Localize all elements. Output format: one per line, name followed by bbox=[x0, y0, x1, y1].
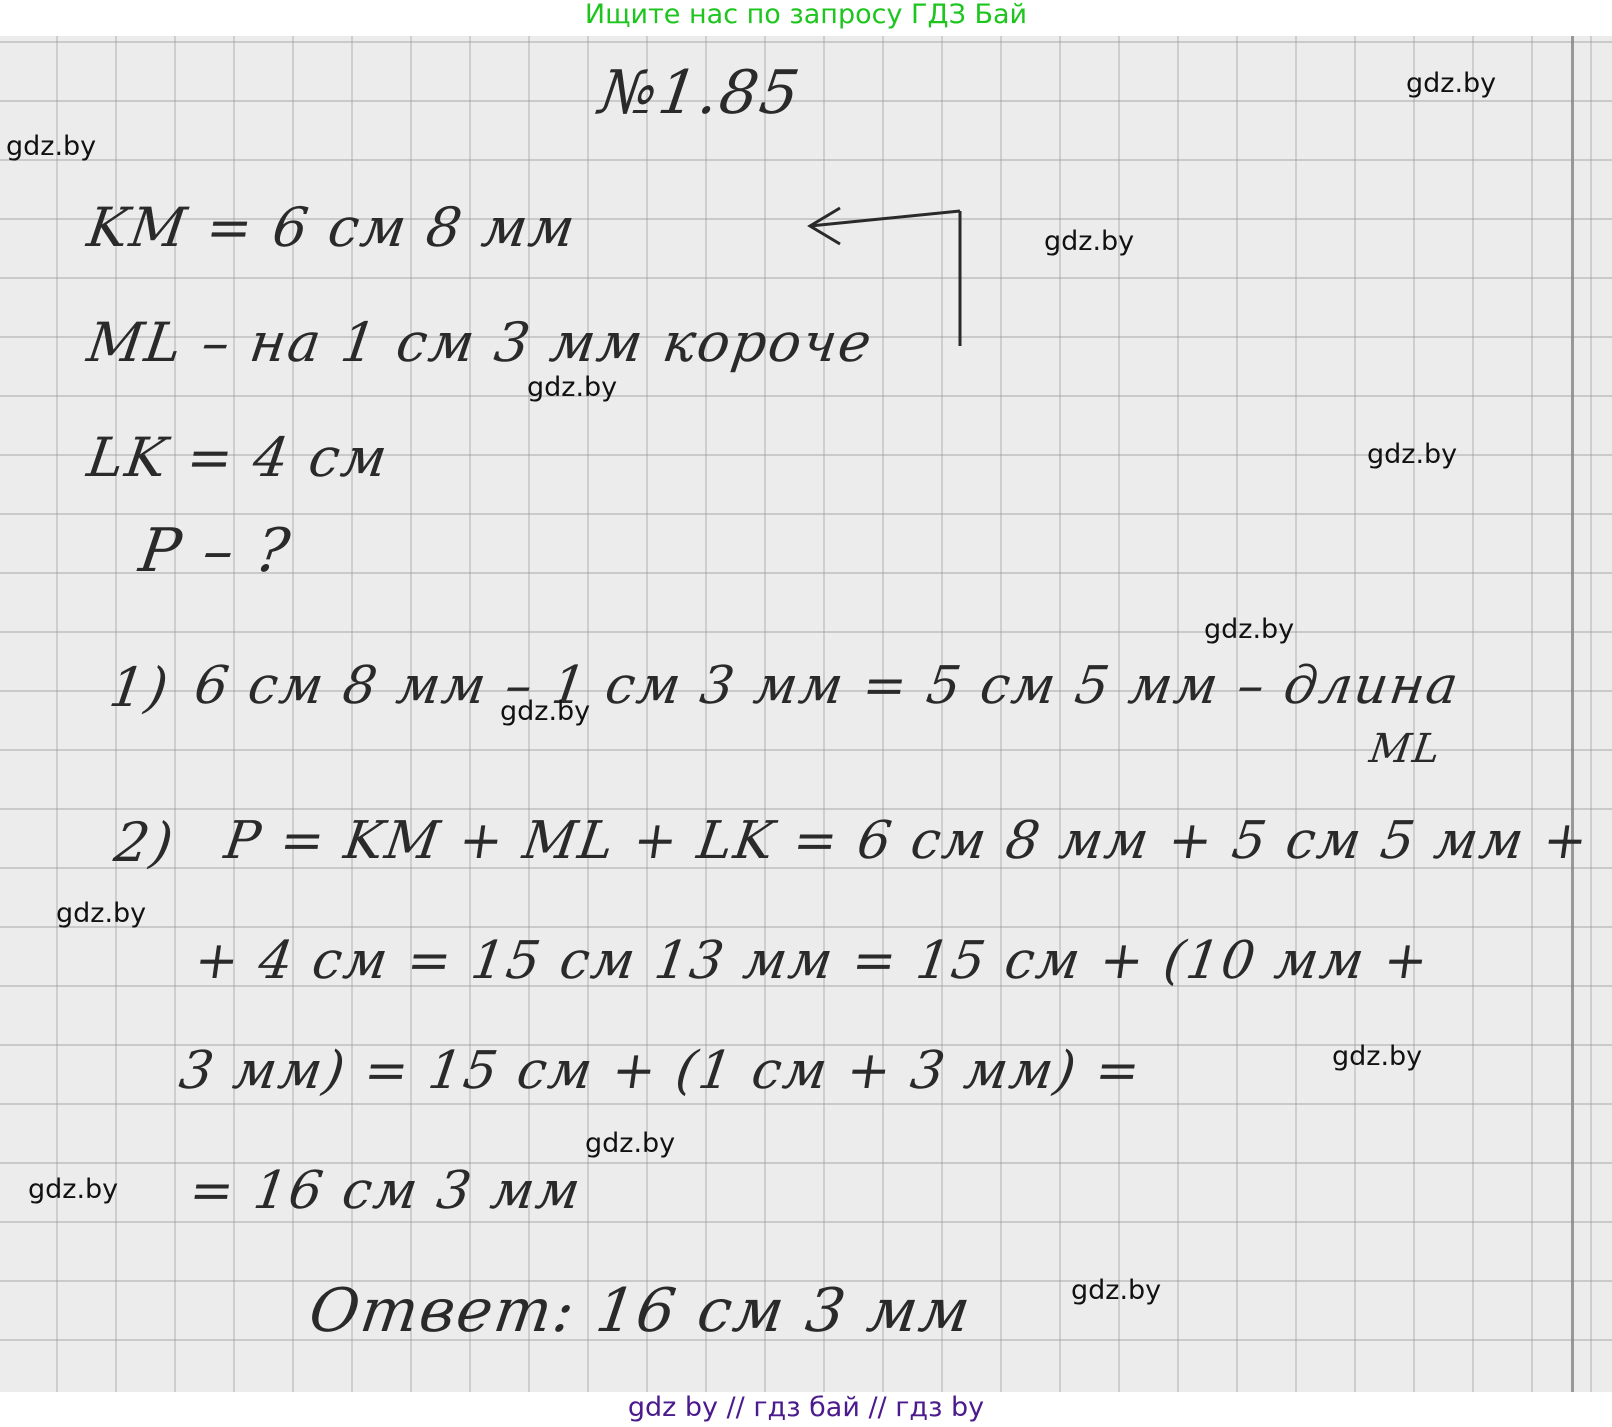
watermark: gdz.by bbox=[1044, 226, 1134, 257]
step-2-line-2: + 4 см = 15 см 13 мм = 15 см + (10 мм + bbox=[191, 931, 1434, 991]
watermark: gdz.by bbox=[500, 696, 590, 727]
step-2-line-1: P = KM + ML + LK = 6 см 8 мм + 5 см 5 мм… bbox=[221, 811, 1593, 871]
answer: Ответ: 16 см 3 мм bbox=[305, 1276, 976, 1346]
watermark: gdz.by bbox=[1332, 1041, 1422, 1072]
bottom-banner: gdz by // гдз бай // гдз by bbox=[0, 1392, 1612, 1427]
watermark: gdz.by bbox=[1367, 439, 1457, 470]
watermark: gdz.by bbox=[28, 1174, 118, 1205]
watermark: gdz.by bbox=[56, 898, 146, 929]
step-1-label: 1) bbox=[106, 656, 174, 719]
step-2-label: 2) bbox=[111, 811, 179, 874]
notebook-page: №1.85 KM = 6 см 8 мм ML – на 1 см 3 мм к… bbox=[0, 36, 1612, 1392]
watermark: gdz.by bbox=[6, 131, 96, 162]
given-lk: LK = 4 см bbox=[84, 426, 393, 489]
watermark: gdz.by bbox=[527, 372, 617, 403]
problem-number: №1.85 bbox=[595, 58, 805, 128]
watermark: gdz.by bbox=[1071, 1275, 1161, 1306]
given-ml: ML – на 1 см 3 мм короче bbox=[84, 311, 878, 374]
step-1-text: 6 см 8 мм – 1 см 3 мм = 5 см 5 мм – длин… bbox=[191, 656, 1464, 716]
step-1-note: ML bbox=[1367, 726, 1445, 772]
watermark: gdz.by bbox=[1204, 614, 1294, 645]
margin-line bbox=[1571, 36, 1574, 1392]
watermark: gdz.by bbox=[585, 1128, 675, 1159]
given-question: P – ? bbox=[135, 516, 296, 586]
given-km: KM = 6 см 8 мм bbox=[84, 196, 581, 259]
step-2-line-3: 3 мм) = 15 см + (1 см + 3 мм) = bbox=[176, 1041, 1146, 1101]
top-banner: Ищите нас по запросу ГДЗ Бай bbox=[0, 0, 1612, 36]
step-2-line-4: = 16 см 3 мм bbox=[186, 1161, 586, 1221]
watermark: gdz.by bbox=[1406, 68, 1496, 99]
